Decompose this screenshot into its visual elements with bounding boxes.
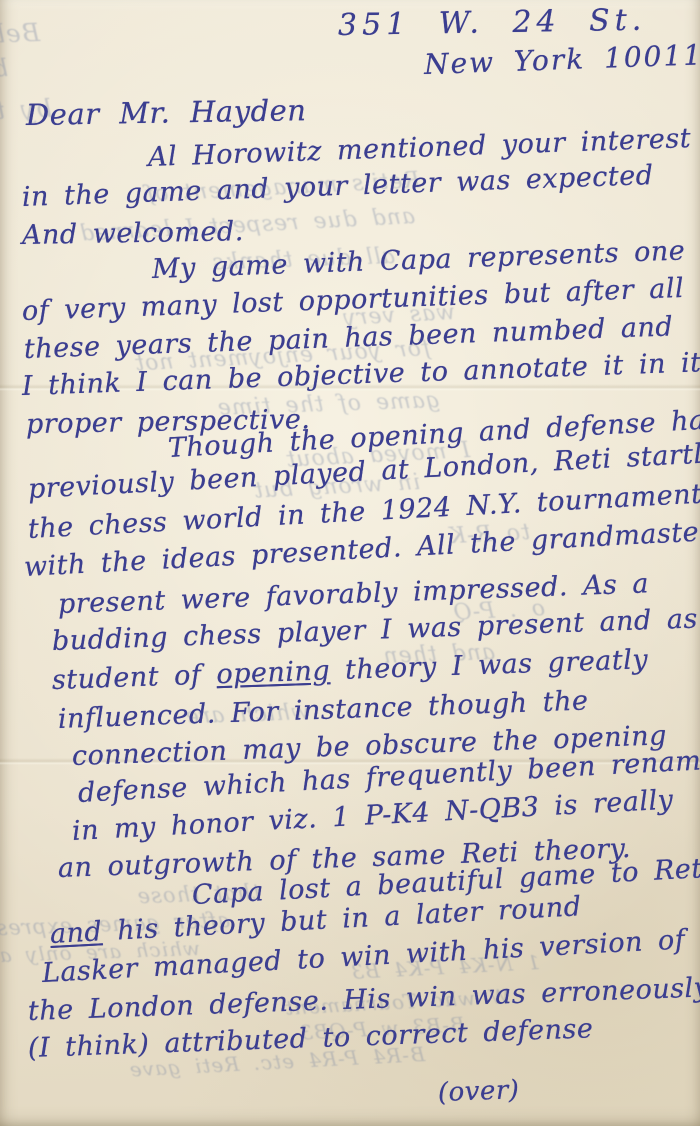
text-run: theory I was greatly — [330, 644, 649, 686]
text-run: in the game and your letter was expected — [21, 160, 654, 213]
text-run: 351 W. 24 St. — [338, 3, 647, 43]
letter-line: And welcomed. — [22, 216, 244, 251]
text-run: (over) — [437, 1075, 519, 1108]
salutation: Dear Mr. Hayden — [26, 93, 307, 132]
letter-body: 351 W. 24 St.New York 10011Dear Mr. Hayd… — [0, 0, 700, 1126]
over-note: (over) — [437, 1075, 519, 1108]
letter-line: in the game and your letter was expected — [21, 160, 654, 213]
text-run: student of — [51, 659, 216, 696]
underlined-word: opening — [216, 655, 331, 690]
text-run: And welcomed. — [22, 216, 244, 251]
address-line-2: New York 10011 — [423, 38, 700, 81]
address-line-1: 351 W. 24 St. — [338, 3, 647, 43]
text-run: Dear Mr. Hayden — [26, 93, 307, 132]
underlined-word: and — [49, 916, 103, 950]
text-run: New York 10011 — [423, 38, 700, 81]
letter-page: Belgian errors were wonderful .between 1… — [0, 0, 700, 1126]
